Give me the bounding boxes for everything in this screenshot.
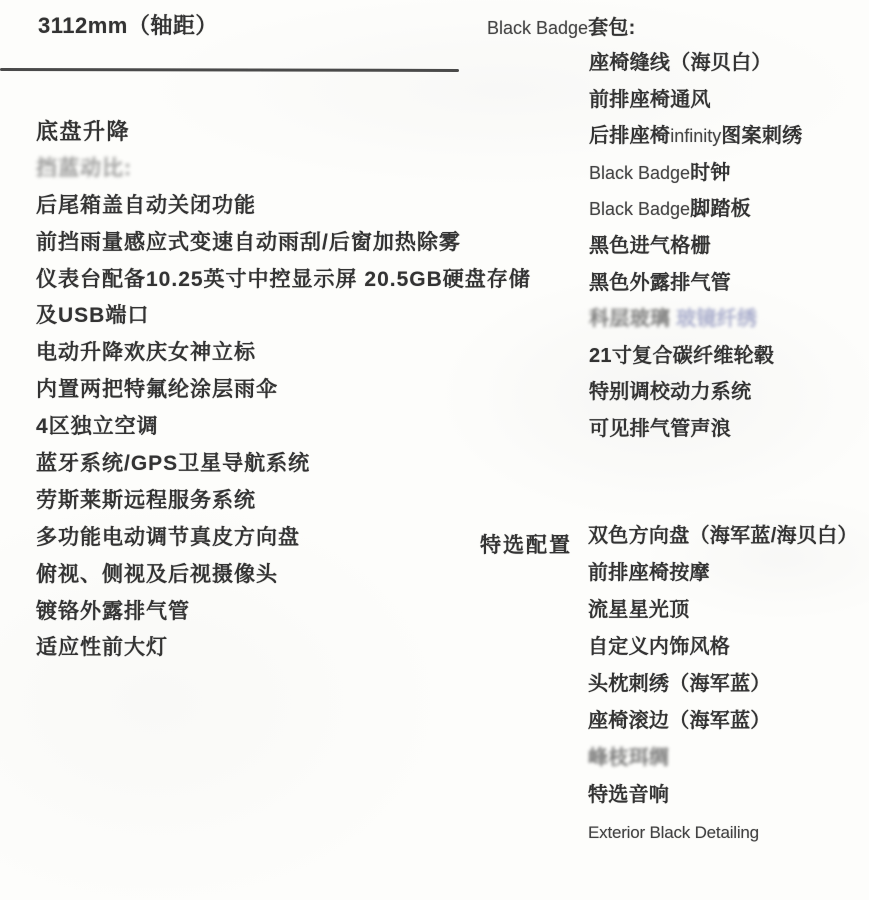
- spec-text-zh: 后排座椅: [589, 125, 670, 147]
- spec-item: 后排座椅infinity图案刺绣: [589, 118, 802, 155]
- spec-item: 前挡雨量感应式变速自动雨刮/后窗加热除雾: [36, 225, 531, 262]
- spec-item: 黑色外露排气管: [589, 265, 802, 302]
- illegible-spec-item: 科层玻璃 玻镜纤绣: [589, 301, 802, 338]
- spec-text-en: Black Badge: [589, 199, 690, 219]
- illegible-text: 科层玻璃: [589, 308, 670, 330]
- wheelbase-label: 3112mm（轴距）: [38, 9, 218, 40]
- black-badge-header-zh: 套包:: [588, 17, 636, 39]
- spec-text-zh: 图案刺绣: [721, 125, 802, 147]
- spec-item: Black Badge脚踏板: [589, 191, 802, 228]
- spec-item: 电动升降欢庆女神立标: [36, 335, 531, 372]
- spec-item: 及USB端口: [36, 298, 531, 335]
- spec-item: 蓝牙系统/GPS卫星导航系统: [36, 446, 531, 483]
- spec-item: 后尾箱盖自动关闭功能: [36, 188, 531, 225]
- spec-item: 4区独立空调: [36, 409, 531, 446]
- spec-item: 镀铬外露排气管: [36, 594, 531, 631]
- spec-text-en: infinity: [670, 126, 721, 146]
- spec-item: Black Badge时钟: [589, 155, 802, 192]
- black-badge-item-list: 座椅缝线（海贝白） 前排座椅通风 后排座椅infinity图案刺绣 Black …: [589, 45, 802, 448]
- spec-item: 内置两把特氟纶涂层雨伞: [36, 372, 531, 409]
- spec-item: 自定义内饰风格: [588, 629, 858, 666]
- spec-item: 座椅滚边（海军蓝）: [588, 703, 858, 740]
- special-config-item-list: 双色方向盘（海军蓝/海贝白） 前排座椅按摩 流星星光顶 自定义内饰风格 头枕刺绣…: [588, 518, 858, 851]
- section-divider: [0, 68, 459, 72]
- black-badge-header-en: Black Badge: [487, 18, 588, 38]
- illegible-spec-item: 峰枝珥绸: [588, 740, 858, 777]
- chassis-section-title: 底盘升降: [36, 114, 531, 151]
- spec-item: 黑色进气格栅: [589, 228, 802, 265]
- illegible-text-tinted: 玻镜纤绣: [676, 308, 757, 330]
- spec-item: 21寸复合碳纤维轮毂: [589, 338, 802, 375]
- spec-item: 流星星光顶: [588, 592, 858, 629]
- spec-item: 可见排气管声浪: [589, 411, 802, 448]
- special-config-header: 特选配置: [480, 529, 572, 559]
- spec-item: 俯视、侧视及后视摄像头: [36, 557, 531, 594]
- illegible-spec-item: 挡蓝动比:: [36, 151, 531, 188]
- spec-item: 适应性前大灯: [36, 630, 531, 667]
- spec-item: 特选音响: [588, 777, 858, 814]
- spec-text-zh: 时钟: [690, 162, 731, 184]
- spec-item: 前排座椅按摩: [588, 555, 858, 592]
- spec-item: 头枕刺绣（海军蓝）: [588, 666, 858, 703]
- spec-item: 劳斯莱斯远程服务系统: [36, 483, 531, 520]
- spec-text-en: Exterior Black Detailing: [588, 823, 759, 842]
- spec-item: Exterior Black Detailing: [588, 814, 858, 851]
- spec-item: 仪表台配备10.25英寸中控显示屏 20.5GB硬盘存储: [36, 262, 531, 299]
- spec-item: 前排座椅通风: [589, 82, 802, 119]
- spec-text-zh: 脚踏板: [690, 198, 751, 220]
- black-badge-package-header: Black Badge套包:: [487, 11, 636, 40]
- left-spec-list: 底盘升降 挡蓝动比: 后尾箱盖自动关闭功能 前挡雨量感应式变速自动雨刮/后窗加热…: [36, 114, 531, 667]
- spec-item: 座椅缝线（海贝白）: [589, 45, 802, 82]
- spec-item: 多功能电动调节真皮方向盘: [36, 520, 531, 557]
- spec-text-en: Black Badge: [589, 163, 690, 183]
- spec-item: 双色方向盘（海军蓝/海贝白）: [588, 518, 858, 555]
- spec-sheet-photo: 3112mm（轴距） 底盘升降 挡蓝动比: 后尾箱盖自动关闭功能 前挡雨量感应式…: [0, 0, 869, 900]
- spec-item: 特别调校动力系统: [589, 374, 802, 411]
